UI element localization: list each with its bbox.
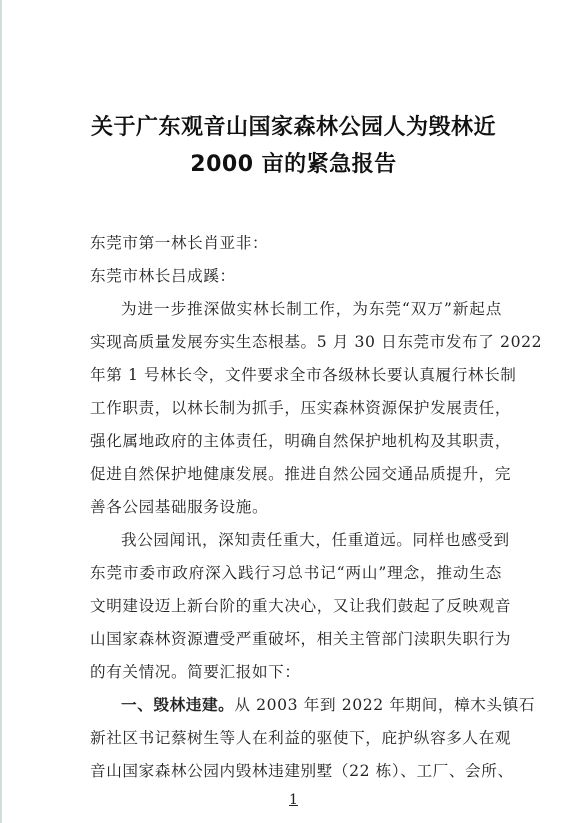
- paragraph-1-line: 强化属地政府的主体责任，明确自然保护地机构及其职责，: [90, 429, 502, 451]
- paragraph-2-line: 东莞市委市政府深入践行习总书记“两山”理念，推动生态: [90, 561, 502, 583]
- paragraph-2-line: 山国家森林资源遭受严重破坏，相关主管部门渎职失职行为: [90, 627, 502, 649]
- salutation-2: 东莞市林长吕成蹊：: [90, 264, 502, 286]
- paragraph-2-line: 文明建设迈上新台阶的重大决心，又让我们鼓起了反映观音: [90, 594, 502, 616]
- paragraph-2-line: 的有关情况。简要汇报如下：: [90, 660, 502, 682]
- paragraph-1-line: 年第 1 号林长令，文件要求全市各级林长要认真履行林长制: [90, 363, 502, 385]
- page-number: 1: [0, 792, 587, 808]
- section-1-line: 新社区书记蔡树生等人在利益的驱使下，庇护纵容多人在观: [90, 726, 502, 748]
- section-1-line: 音山国家森林公园内毁林违建别墅（22 栋）、工厂、会所、: [90, 759, 502, 781]
- section-1-first-line: 一、毁林违建。 从 2003 年到 2022 年期间，樟木头镇石: [90, 693, 502, 715]
- paragraph-1-line: 工作职责，以林长制为抓手，压实森林资源保护发展责任，: [90, 396, 502, 418]
- salutation-1: 东莞市第一林长肖亚非：: [90, 231, 502, 253]
- section-1-heading: 一、毁林违建。: [121, 693, 234, 715]
- paragraph-2-line: 我公园闻讯，深知责任重大，任重道远。同样也感受到: [90, 528, 502, 550]
- paragraph-1-line: 促进自然保护地健康发展。推进自然公园交通品质提升，完: [90, 462, 502, 484]
- section-1-line: 从 2003 年到 2022 年期间，樟木头镇石: [234, 693, 535, 715]
- paragraph-1-line: 实现高质量发展夯实生态根基。5 月 30 日东莞市发布了 2022: [90, 330, 502, 352]
- paragraph-1-line: 为进一步推深做实林长制工作，为东莞“双万”新起点: [90, 297, 502, 319]
- document-title-line-1: 关于广东观音山国家森林公园人为毁林近: [0, 110, 587, 141]
- paragraph-1-line: 善各公园基础服务设施。: [90, 495, 502, 517]
- document-title-line-2: 2000 亩的紧急报告: [0, 147, 587, 178]
